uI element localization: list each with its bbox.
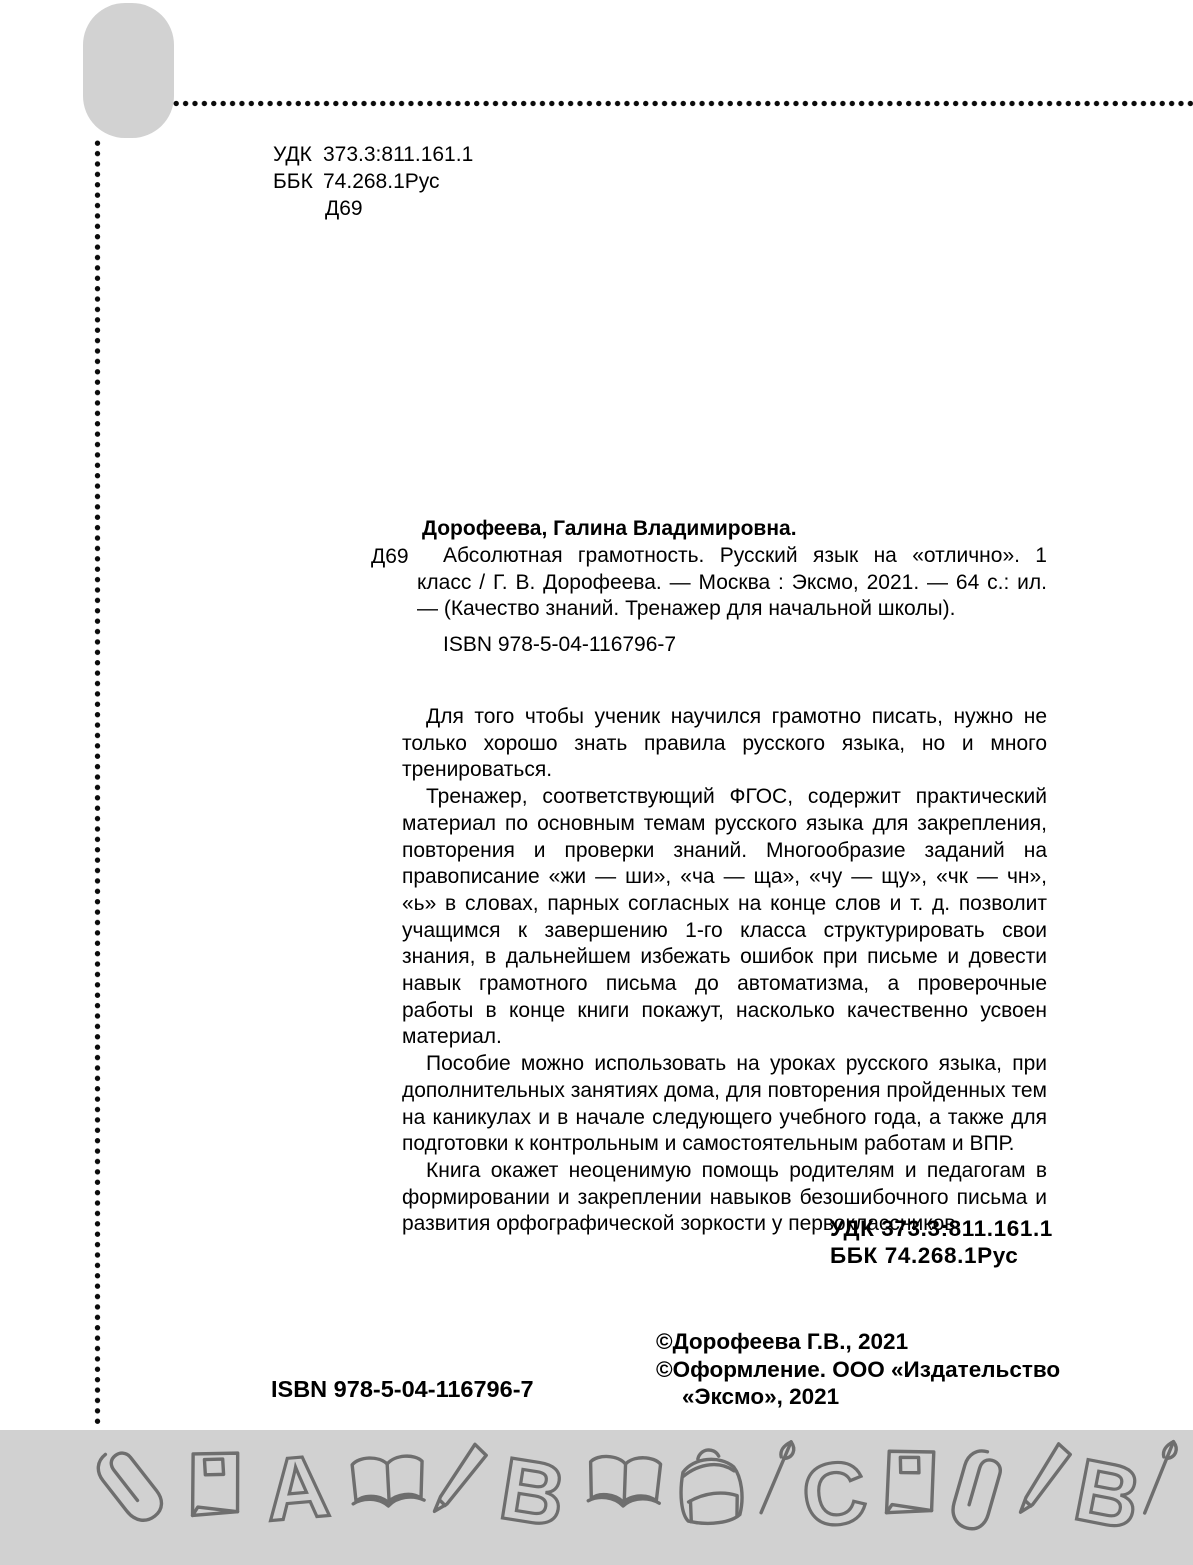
letter-b-doodle: B (494, 1438, 572, 1546)
paperclip-doodle (948, 1447, 1004, 1533)
dotted-border-left (94, 140, 101, 1425)
copyright-publisher: ©Оформление. ООО «Издательство (656, 1356, 1060, 1384)
copyright-author: ©Дорофеева Г.В., 2021 (656, 1328, 1060, 1356)
bbk-label: ББК (273, 168, 323, 195)
notebook-doodle (879, 1444, 942, 1520)
doodle-band-art: A B C B (0, 1430, 1193, 1565)
top-classification-codes: УДК 373.3:811.161.1 ББК 74.268.1Рус Д69 (273, 141, 473, 222)
paperclip-doodle (91, 1443, 168, 1527)
annotation-paragraph: Пособие можно использовать на уроках рус… (402, 1051, 1047, 1158)
footer-udk: УДК 373.3:811.161.1 (830, 1215, 1053, 1242)
backpack-doodle (677, 1447, 744, 1525)
annotation-paragraph: Для того чтобы ученик научился грамотно … (402, 704, 1047, 784)
bibliographic-text: Абсолютная грамотность. Русский язык на … (417, 544, 1047, 621)
letter-a-doodle: A (261, 1436, 333, 1540)
copyright-block: ©Дорофеева Г.В., 2021 ©Оформление. ООО «… (656, 1328, 1060, 1411)
annotation-paragraph: Тренажер, соответствующий ФГОС, содержит… (402, 784, 1047, 1051)
udk-label: УДК (273, 141, 323, 168)
copyright-publisher-cont: «Эксмо», 2021 (656, 1383, 1060, 1411)
bibliographic-description: Д69 Абсолютная грамотность. Русский язык… (417, 543, 1047, 623)
pen-doodle (1145, 1439, 1178, 1517)
bbk-value: 74.268.1Рус (323, 168, 440, 195)
dotted-border-top (173, 100, 1193, 107)
author-heading: Дорофеева, Галина Владимировна. (422, 516, 1047, 543)
pen-doodle (761, 1439, 795, 1517)
open-book-doodle (588, 1456, 661, 1507)
doodle-band: A B C B (0, 1430, 1193, 1565)
footer-bbk: ББК 74.268.1Рус (830, 1242, 1053, 1269)
open-book-doodle (351, 1455, 424, 1508)
udk-value: 373.3:811.161.1 (323, 141, 473, 168)
letter-b-doodle: B (1067, 1439, 1148, 1548)
imprint-page: УДК 373.3:811.161.1 ББК 74.268.1Рус Д69 … (0, 0, 1193, 1565)
entry-code: Д69 (371, 544, 409, 571)
udk-line: УДК 373.3:811.161.1 (273, 141, 473, 168)
pencil-doodle (434, 1441, 489, 1521)
bottom-isbn: ISBN 978-5-04-116796-7 (271, 1376, 534, 1403)
author-code: Д69 (325, 195, 473, 222)
catalog-card: Дорофеева, Галина Владимировна. Д69 Абсо… (417, 516, 1047, 659)
bbk-line: ББК 74.268.1Рус (273, 168, 473, 195)
card-isbn: ISBN 978-5-04-116796-7 (443, 632, 1047, 659)
footer-classification-codes: УДК 373.3:811.161.1 ББК 74.268.1Рус (830, 1215, 1053, 1269)
annotation-block: Для того чтобы ученик научился грамотно … (402, 704, 1047, 1238)
pencil-doodle (1020, 1441, 1073, 1522)
letter-c-doodle: C (797, 1441, 872, 1547)
notebook-doodle (185, 1447, 246, 1522)
corner-blob-decoration (83, 3, 174, 138)
